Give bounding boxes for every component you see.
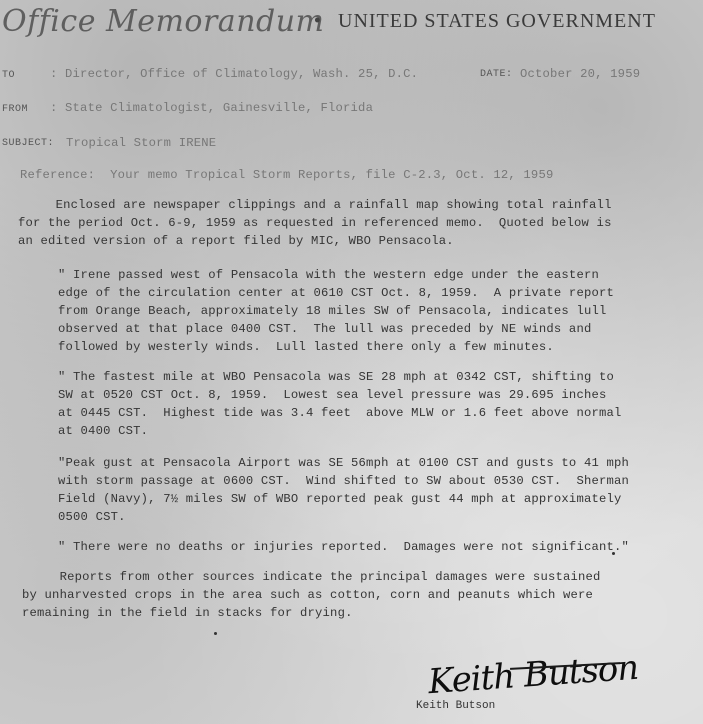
text-line: " Irene passed west of Pensacola with th…: [58, 268, 599, 282]
text-line: 0500 CST.: [58, 510, 126, 524]
text-line: Enclosed are newspaper clippings and a r…: [18, 198, 612, 212]
form-title: Office Memorandum: [2, 4, 325, 39]
ink-speck: [214, 632, 217, 635]
from-label: FROM: [2, 104, 28, 115]
memorandum-page: Office Memorandum • UNITED STATES GOVERN…: [0, 0, 703, 724]
text-line: Reports from other sources indicate the …: [22, 570, 601, 584]
text-line: " There were no deaths or injuries repor…: [58, 540, 629, 554]
text-line: followed by westerly winds. Lull lasted …: [58, 340, 554, 354]
ink-speck: [612, 552, 615, 555]
date-label: DATE:: [480, 69, 513, 80]
subject-label: SUBJECT:: [2, 138, 54, 149]
typed-signature-name: Keith Butson: [416, 700, 495, 712]
to-label: TO: [2, 70, 15, 81]
from-value: : State Climatologist, Gainesville, Flor…: [50, 101, 373, 115]
handwritten-signature: Keith Butson: [427, 648, 639, 703]
to-value: : Director, Office of Climatology, Wash.…: [50, 67, 418, 81]
text-line: SW at 0520 CST Oct. 8, 1959. Lowest sea …: [58, 388, 607, 402]
text-line: an edited version of a report filed by M…: [18, 234, 454, 248]
agency-name: UNITED STATES GOVERNMENT: [338, 10, 656, 33]
text-line: remaining in the field in stacks for dry…: [22, 606, 353, 620]
text-line: Field (Navy), 7½ miles SW of WBO reporte…: [58, 492, 622, 506]
text-line: at 0400 CST.: [58, 424, 148, 438]
header-separator: •: [312, 12, 323, 32]
text-line: from Orange Beach, approximately 18 mile…: [58, 304, 607, 318]
reference-line: Reference: Your memo Tropical Storm Repo…: [20, 168, 553, 182]
text-line: " The fastest mile at WBO Pensacola was …: [58, 370, 614, 384]
text-line: by unharvested crops in the area such as…: [22, 588, 593, 602]
date-value: October 20, 1959: [520, 67, 640, 81]
text-line: "Peak gust at Pensacola Airport was SE 5…: [58, 456, 629, 470]
text-line: observed at that place 0400 CST. The lul…: [58, 322, 591, 336]
text-line: at 0445 CST. Highest tide was 3.4 feet a…: [58, 406, 622, 420]
text-line: with storm passage at 0600 CST. Wind shi…: [58, 474, 629, 488]
text-line: edge of the circulation center at 0610 C…: [58, 286, 614, 300]
subject-value: Tropical Storm IRENE: [66, 136, 216, 150]
text-line: for the period Oct. 6-9, 1959 as request…: [18, 216, 612, 230]
